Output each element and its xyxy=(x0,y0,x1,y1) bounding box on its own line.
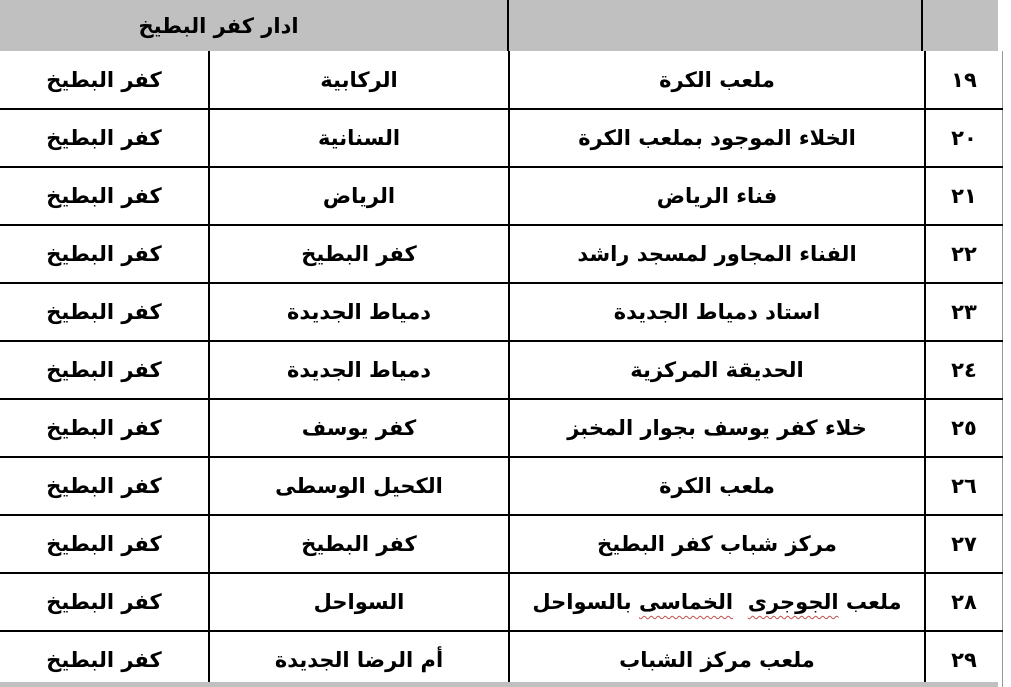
location-cell: استاد دمياط الجديدة xyxy=(509,283,925,341)
location-cell: الحديقة المركزية xyxy=(509,341,925,399)
location-cell: ملعب الكرة xyxy=(509,457,925,515)
district-cell: كفر البطيخ xyxy=(0,631,209,687)
table-row: كفر البطيخ كفر البطيخ مركز شباب كفر البط… xyxy=(0,515,1003,573)
table-header-band: ادار كفر البطيخ xyxy=(0,0,998,51)
header-divider xyxy=(921,0,923,51)
table-row: كفر البطيخ أم الرضا الجديدة ملعب مركز ال… xyxy=(0,631,1003,687)
district-cell: كفر البطيخ xyxy=(0,457,209,515)
village-cell: السواحل xyxy=(209,573,509,631)
row-number-cell: ٢٥ xyxy=(925,399,1003,457)
location-cell: ملعب مركز الشباب xyxy=(509,631,925,687)
table-row: كفر البطيخ دمياط الجديدة الحديقة المركزي… xyxy=(0,341,1003,399)
table-row: كفر البطيخ الكحيل الوسطى ملعب الكرة ٢٦ xyxy=(0,457,1003,515)
table-row: كفر البطيخ دمياط الجديدة استاد دمياط الج… xyxy=(0,283,1003,341)
row-number-cell: ٢٧ xyxy=(925,515,1003,573)
location-cell: خلاء كفر يوسف بجوار المخبز xyxy=(509,399,925,457)
table-row: كفر البطيخ كفر يوسف خلاء كفر يوسف بجوار … xyxy=(0,399,1003,457)
village-cell: دمياط الجديدة xyxy=(209,341,509,399)
village-cell: الركابية xyxy=(209,51,509,109)
district-cell: كفر البطيخ xyxy=(0,225,209,283)
location-cell: الخلاء الموجود بملعب الكرة xyxy=(509,109,925,167)
village-cell: كفر البطيخ xyxy=(209,515,509,573)
district-cell: كفر البطيخ xyxy=(0,573,209,631)
village-cell: الرياض xyxy=(209,167,509,225)
spellcheck-flagged-word: الخماسى xyxy=(639,590,733,614)
next-header-band xyxy=(0,682,998,687)
row-number-cell: ٢٤ xyxy=(925,341,1003,399)
village-cell: السنانية xyxy=(209,109,509,167)
district-cell: كفر البطيخ xyxy=(0,109,209,167)
location-cell: فناء الرياض xyxy=(509,167,925,225)
table-row: كفر البطيخ الركابية ملعب الكرة ١٩ xyxy=(0,51,1003,109)
row-number-cell: ١٩ xyxy=(925,51,1003,109)
row-number-cell: ٢٠ xyxy=(925,109,1003,167)
district-cell: كفر البطيخ xyxy=(0,399,209,457)
location-cell: ملعب الجوجرى الخماسى بالسواحل xyxy=(509,573,925,631)
location-text-part xyxy=(733,590,748,614)
village-cell: الكحيل الوسطى xyxy=(209,457,509,515)
row-number-cell: ٢٣ xyxy=(925,283,1003,341)
row-number-cell: ٢١ xyxy=(925,167,1003,225)
locations-table: كفر البطيخ الركابية ملعب الكرة ١٩ كفر ال… xyxy=(0,51,1003,687)
village-cell: كفر يوسف xyxy=(209,399,509,457)
location-cell: ملعب الكرة xyxy=(509,51,925,109)
row-number-cell: ٢٦ xyxy=(925,457,1003,515)
district-cell: كفر البطيخ xyxy=(0,283,209,341)
row-number-cell: ٢٢ xyxy=(925,225,1003,283)
district-cell: كفر البطيخ xyxy=(0,341,209,399)
row-number-cell: ٢٩ xyxy=(925,631,1003,687)
header-divider xyxy=(507,0,509,51)
district-cell: كفر البطيخ xyxy=(0,167,209,225)
table-row: كفر البطيخ السواحل ملعب الجوجرى الخماسى … xyxy=(0,573,1003,631)
location-text-part: بالسواحل xyxy=(532,590,639,614)
location-cell: مركز شباب كفر البطيخ xyxy=(509,515,925,573)
row-number-cell: ٢٨ xyxy=(925,573,1003,631)
village-cell: كفر البطيخ xyxy=(209,225,509,283)
table-row: كفر البطيخ السنانية الخلاء الموجود بملعب… xyxy=(0,109,1003,167)
location-cell: الفناء المجاور لمسجد راشد xyxy=(509,225,925,283)
village-cell: أم الرضا الجديدة xyxy=(209,631,509,687)
district-cell: كفر البطيخ xyxy=(0,51,209,109)
district-header-title: ادار كفر البطيخ xyxy=(0,0,482,51)
spellcheck-flagged-word: الجوجرى xyxy=(748,590,839,614)
village-cell: دمياط الجديدة xyxy=(209,283,509,341)
table-row: كفر البطيخ كفر البطيخ الفناء المجاور لمس… xyxy=(0,225,1003,283)
table-row: كفر البطيخ الرياض فناء الرياض ٢١ xyxy=(0,167,1003,225)
district-cell: كفر البطيخ xyxy=(0,515,209,573)
location-text-part: ملعب xyxy=(839,590,902,614)
